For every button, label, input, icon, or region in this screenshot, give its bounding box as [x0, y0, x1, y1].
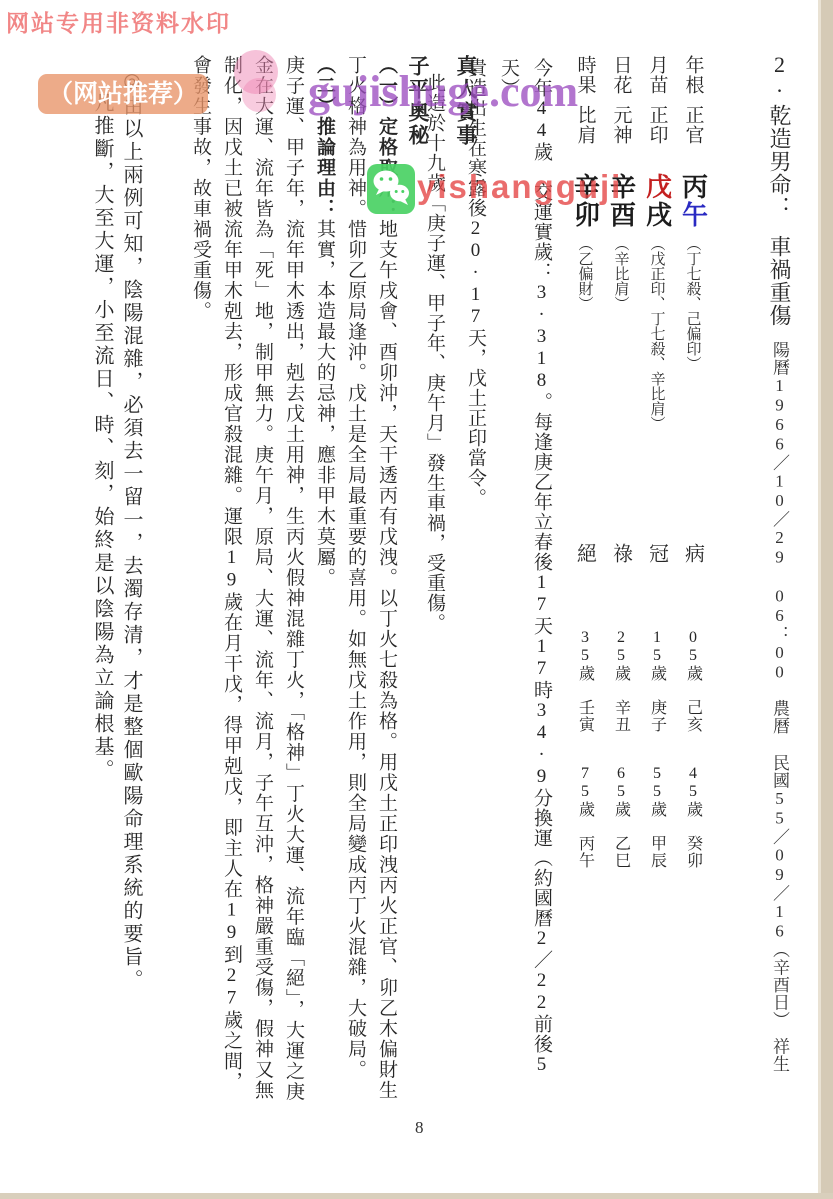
watermark-corner-text: 网站专用非资料水印: [6, 5, 231, 38]
title-column: 2·乾造男命：車禍重傷陽曆1966／10／29 06：00 農曆 民國55／09…: [757, 52, 801, 1102]
pillar-luck-late: 65歲 乙巳: [610, 765, 633, 869]
page-number: 8: [415, 1118, 424, 1138]
watermark-site-badge: （网站推荐）: [38, 74, 208, 114]
pillar-branch: 戌: [643, 201, 672, 228]
secret-item-2-intro: （二）推論理由：其實，本造最大的忌神，應非甲木莫屬。: [309, 55, 340, 1103]
watermark-wechat-id: yishangguji: [417, 168, 622, 206]
pillar-hidden-stems: （辛比肩）: [613, 236, 629, 311]
pillar-luck-early: 15歲 庚子: [646, 629, 669, 733]
conclusion-section: ◎由以上兩例可知，陰陽混雜，必須去一留一，去濁存清，才是整個歐陽命理系統的要旨。…: [87, 68, 145, 1078]
pillar-year: 年根正官丙午（丁七殺、己偏印） 病 05歲 己亥 45歲 癸卯: [675, 55, 711, 1055]
pillar-stage: 冠: [643, 543, 672, 563]
true-story-heading: 真人實事: [450, 55, 481, 1095]
page-edge-right: [821, 0, 833, 1199]
pillar-luck-late: 55歲 甲辰: [646, 765, 669, 869]
watermark-site-url: gujishuge.com: [308, 66, 578, 117]
birth-info: 陽曆1966／10／29 06：00 農曆 民國55／09／16（辛酉日） 祥生: [770, 341, 789, 1073]
pillar-stage: 祿: [607, 543, 636, 563]
pink-blob-icon: [230, 50, 282, 112]
pillar-label: 月苗: [647, 55, 668, 95]
pillar-luck-early: 25歲 辛丑: [610, 629, 633, 733]
pillar-stage: 絕: [571, 543, 600, 563]
pillar-god: 元神: [611, 105, 632, 145]
pillar-hidden-stems: （丁七殺、己偏印）: [685, 236, 701, 371]
luck-note-line1: 今年44歲 交運實歲：3·318。每逢庚乙年立春後17天17時34·9分換運（約…: [492, 58, 558, 1098]
case-title: 2·乾造男命：: [767, 52, 792, 219]
wechat-icon: [367, 161, 415, 214]
pillar-luck-early: 05歲 己亥: [682, 629, 705, 733]
pillar-label: 日花: [611, 55, 632, 95]
secret-item-2-intro-text: 其實，本造最大的忌神，應非甲木莫屬。: [314, 219, 335, 588]
pillar-luck-early: 35歲 壬寅: [574, 629, 597, 733]
pillar-stage: 病: [679, 543, 708, 563]
pillar-stem: 丙: [679, 173, 708, 201]
pillar-month: 月苗正印戊戌（戊正印、丁七殺、辛比肩） 冠 15歲 庚子 55歲 甲辰: [639, 55, 675, 1055]
secret-item-2-body: 庚子運、甲子年，流年甲木透出，剋去戊土用神，生丙火假神混雜丁火，「格神」丁火大運…: [185, 55, 309, 1103]
page-edge-bottom: [0, 1193, 833, 1199]
pillar-god: 正印: [647, 105, 668, 145]
pillar-branch: 午: [679, 201, 708, 228]
conclusion-para-1: ◎由以上兩例可知，陰陽混雜，必須去一留一，去濁存清，才是整個歐陽命理系統的要旨。: [116, 68, 145, 1078]
pillar-label: 年根: [683, 55, 704, 95]
pillar-hidden-stems: （乙偏財）: [577, 236, 593, 311]
pillar-luck-late: 75歲 丙午: [574, 765, 597, 869]
pillar-god: 正官: [683, 105, 704, 145]
pillar-stem: 戊: [643, 173, 672, 201]
pillar-hidden-stems: （戊正印、丁七殺、辛比肩）: [649, 236, 665, 431]
pillar-luck-late: 45歲 癸卯: [682, 765, 705, 869]
book-page: 2·乾造男命：車禍重傷陽曆1966／10／29 06：00 農曆 民國55／09…: [0, 0, 833, 1199]
conclusion-para-2: 凡推斷，大至大運，小至流日、時、刻，始終是以陰陽為立論根基。: [87, 68, 116, 1078]
case-subtitle: 車禍重傷: [767, 235, 792, 327]
